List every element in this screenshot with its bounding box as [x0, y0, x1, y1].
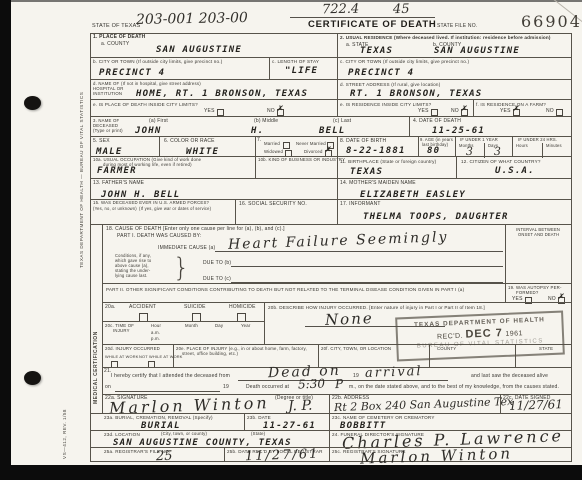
- check-mark-icon: ✗: [460, 104, 468, 114]
- field-age: 9. AGE (in years last birthday) 80: [418, 136, 456, 157]
- interval-label-2: ONSET AND DEATH: [518, 233, 559, 238]
- field-residence-on-farm: f. IS RESIDENCE ON A FARM? YES ✗ NO: [473, 99, 572, 117]
- no-label: NO: [451, 109, 459, 115]
- institution-label-3: INSTITUTION: [93, 92, 122, 97]
- month-label: Month: [185, 324, 198, 329]
- conditions-brace: }: [173, 253, 190, 283]
- scan-edge-bottom: [0, 465, 582, 480]
- certify-19-b: 19: [223, 385, 229, 391]
- armed-forces-note-2: (If yes, give war or dates of service): [139, 207, 211, 212]
- describe-injury-label: 20b. DESCRIBE HOW INJURY OCCURRED. [Ente…: [268, 305, 485, 310]
- never-married-label: Never Married: [296, 142, 326, 147]
- field-kind-of-business: 10b. KIND OF BUSINESS OR INDUSTRY: [255, 156, 338, 179]
- stamp-year: 1961: [505, 330, 523, 338]
- business-label: 10b. KIND OF BUSINESS OR INDUSTRY: [258, 158, 345, 163]
- check-mark-icon: ✗: [557, 292, 565, 302]
- stamp-date: DEC 7: [465, 327, 503, 341]
- middle-name-label: (b) Middle: [254, 119, 278, 125]
- field-burial-type: 23a. BURIAL, CREMATION, REMOVAL (Specify…: [90, 413, 245, 431]
- field-accident-suicide-homicide: 20a. ACCIDENT SUICIDE HOMICIDE: [102, 302, 265, 322]
- yes-label: YES: [500, 109, 511, 115]
- field-part2-conditions: PART II. OTHER SIGNIFICANT CONDITIONS CO…: [102, 283, 506, 303]
- state-file-no-label: STATE FILE NO.: [437, 24, 477, 30]
- no-label: NO: [546, 109, 554, 115]
- header-underline: [290, 16, 435, 18]
- field-color-or-race: 6. COLOR OR RACE WHITE: [159, 136, 256, 157]
- date-of-death-value: 11-25-61: [432, 126, 485, 136]
- registrar-file-value: 25: [156, 449, 173, 465]
- field-registrar-file-no: 25a. REGISTRAR'S FILE NO. 25: [90, 447, 225, 462]
- hole-punch-bottom: [24, 371, 41, 385]
- place-of-injury-label-2: street, office building, etc.): [182, 352, 238, 357]
- residence-city-label: c. CITY OR TOWN (If outside city limits,…: [340, 59, 469, 64]
- yes-label: YES: [204, 109, 215, 115]
- widowed-label: Widowed: [264, 150, 283, 155]
- field-registrar-signature: 25c. REGISTRAR'S SIGNATURE Marlon Winton: [329, 447, 572, 462]
- check-mark-icon: ✗: [512, 104, 520, 114]
- margin-department-label: TEXAS DEPARTMENT OF HEALTH — BUREAU OF V…: [79, 92, 84, 268]
- field-if-under-1-year: IF UNDER 1 YEAR Months Days 3 3: [455, 136, 513, 157]
- field-injury-occurred: 20d. INJURY OCCURRED WHILE AT WORK NOT W…: [102, 344, 174, 368]
- date-of-birth-value: 8-22-1881: [346, 146, 406, 156]
- armed-forces-note-1: (Yes, no, or unknown): [93, 207, 137, 212]
- field-date-of-death: 4. DATE OF DEATH 11-25-61: [409, 116, 572, 137]
- certify-blank-2: [115, 390, 220, 392]
- received-stamp: TEXAS DEPARTMENT OF HEALTH REC'D. DEC 7 …: [395, 311, 565, 362]
- street-address-value: RT. 1 BRONSON, TEXAS: [350, 89, 482, 99]
- location-label: 23d. LOCATION: [104, 432, 140, 437]
- under-24-hrs-label: IF UNDER 24 HRS.: [518, 138, 557, 143]
- field-place-of-death: 1. PLACE OF DEATH a. COUNTY SAN AUGUSTIN…: [90, 33, 338, 58]
- pm-label: p.m.: [151, 337, 160, 342]
- hole-punch-top: [24, 96, 41, 110]
- first-name-label: (a) First: [149, 119, 168, 125]
- occupation-value: FARMER: [97, 166, 137, 176]
- field-citizen-of-country: 12. CITIZEN OF WHAT COUNTRY? U.S.A.: [456, 156, 572, 179]
- yes-checkbox: [431, 109, 438, 116]
- immediate-cause-label: IMMEDIATE CAUSE (a): [158, 246, 215, 252]
- field-informant: 17. INFORMANT THELMA TOOPS, DAUGHTER: [337, 199, 572, 225]
- degree-or-title-value: J. P.: [288, 398, 313, 415]
- marital-number: 7.: [257, 138, 262, 144]
- field-autopsy: 19. WAS AUTOPSY PER- FORMED? YES NO ✗: [505, 283, 572, 303]
- middle-name-value: H.: [251, 126, 264, 136]
- field-armed-forces: 15. WAS DECEASED EVER IN U.S. ARMED FORC…: [90, 199, 236, 225]
- cemetery-label: 23c. NAME OF CEMETERY OR CREMATORY: [332, 415, 435, 420]
- minutes-label: Minutes: [546, 144, 562, 149]
- field-interval-onset-death: INTERVAL BETWEEN ONSET AND DEATH: [505, 224, 572, 284]
- no-checkbox: [556, 109, 563, 116]
- death-city-limits-label: e. IS PLACE OF DEATH INSIDE CITY LIMITS?: [93, 102, 198, 107]
- field-certification-statement: 21. I hereby certify that I attended the…: [102, 367, 572, 395]
- citizen-value: U.S.A.: [495, 166, 535, 176]
- married-checkbox: [283, 142, 290, 149]
- injury-city-label: 20f. CITY, TOWN, OR LOCATION: [321, 347, 391, 352]
- field-time-of-injury: 20c. TIME OF INJURY Hour a.m. p.m. Month…: [102, 321, 265, 345]
- scan-edge-left: [0, 0, 11, 480]
- suicide-label: SUICIDE: [184, 305, 206, 311]
- hour-label: Hour: [151, 324, 161, 329]
- residence-county-value: SAN AUGUSTINE: [434, 46, 520, 56]
- burial-type-label: 23a. BURIAL, CREMATION, REMOVAL (Specify…: [104, 415, 213, 420]
- injury-occurred-label: 20d. INJURY OCCURRED: [105, 347, 160, 352]
- year-label: Year: [241, 324, 250, 329]
- field-mothers-maiden-name: 14. MOTHER'S MAIDEN NAME ELIZABETH EASLE…: [337, 178, 572, 200]
- scan-edge-top: [0, 0, 582, 2]
- under-1-year-label: IF UNDER 1 YEAR: [460, 138, 498, 143]
- yes-checkbox: [217, 109, 224, 116]
- handwritten-class-code2: 45: [393, 2, 410, 17]
- field-marital-status: 7. Married Never Married Widowed Divorce…: [255, 136, 338, 157]
- check-mark-icon: ✗: [276, 104, 284, 114]
- field-death-inside-city-limits: e. IS PLACE OF DEATH INSIDE CITY LIMITS?…: [90, 99, 338, 117]
- date-signed-value: 11/27/61: [509, 397, 563, 413]
- mothers-maiden-name-label: 14. MOTHER'S MAIDEN NAME: [340, 181, 416, 187]
- death-certificate-scan: TEXAS DEPARTMENT OF HEALTH — BUREAU OF V…: [0, 0, 582, 480]
- ssn-label: 16. SOCIAL SECURITY NO.: [239, 202, 307, 208]
- part2-label: PART II. OTHER SIGNIFICANT CONDITIONS CO…: [106, 287, 464, 292]
- age-value: 80: [427, 146, 440, 156]
- field-date-received-registrar: 25b. DATE REC'D BY LOCAL REGISTRAR 11/27…: [224, 447, 330, 462]
- due-to-c-label: DUE TO (c): [203, 277, 231, 283]
- last-name-value: BELL: [319, 126, 345, 136]
- county-value: SAN AUGUSTINE: [156, 45, 242, 55]
- time-of-injury-label-2: INJURY: [113, 329, 130, 334]
- certify-text-5: m., on the date stated above, and to the…: [349, 385, 559, 391]
- name-note: (Type or print): [93, 129, 123, 134]
- margin-form-number: VS—412, REV. 1/58: [62, 409, 67, 459]
- residence-farm-label: f. IS RESIDENCE ON A FARM?: [476, 102, 546, 107]
- date-of-death-label: 4. DATE OF DEATH: [413, 119, 461, 125]
- certify-text-2: and last saw the deceased alive: [471, 374, 548, 380]
- day-label: Day: [215, 324, 223, 329]
- due-to-b-line: [231, 265, 503, 267]
- certify-handwritten-2: arrival: [365, 364, 423, 381]
- check-mark-icon: ✗: [324, 145, 332, 155]
- fathers-name-label: 13. FATHER'S NAME: [93, 181, 144, 187]
- length-of-stay-value: "LIFE: [285, 66, 318, 76]
- field-residence-inside-city-limits: e. IS RESIDENCE INSIDE CITY LIMITS? YES …: [337, 99, 474, 117]
- residence-city-value: PRECINCT 4: [348, 68, 414, 78]
- place-of-death-heading: 1. PLACE OF DEATH: [93, 35, 145, 41]
- certificate-title: CERTIFICATE OF DEATH: [308, 19, 437, 30]
- death-occurred-label: Death occurred at: [246, 385, 289, 391]
- certify-19-a: 19: [353, 374, 359, 380]
- citizen-label: 12. CITIZEN OF WHAT COUNTRY?: [461, 159, 541, 164]
- city-town-label: b. CITY OR TOWN (If outside city limits,…: [93, 59, 222, 64]
- first-name-value: JOHN: [135, 126, 161, 136]
- field-length-of-stay: c. LENGTH OF STAY "LIFE: [269, 57, 338, 80]
- field-burial-location: 23d. LOCATION (City, town, or county) (S…: [90, 430, 330, 448]
- field-institution: d. NAME OF HOSPITAL OR INSTITUTION (If n…: [90, 79, 338, 100]
- burial-date-label: 23b. DATE: [247, 415, 271, 420]
- yes-label: YES: [418, 109, 429, 115]
- location-note-2: (State): [251, 432, 265, 437]
- while-at-work-label: WHILE AT WORK: [105, 355, 139, 359]
- no-label: NO: [267, 109, 275, 115]
- birthplace-value: TEXAS: [350, 167, 383, 177]
- informant-value: THELMA TOOPS, DAUGHTER: [363, 212, 509, 222]
- field-physician-signature: 22a. SIGNATURE Marlon Winton (Degree or …: [102, 394, 330, 414]
- race-label: 6. COLOR OR RACE: [164, 139, 215, 145]
- handwritten-class-code: 722.4: [322, 2, 359, 18]
- field-funeral-director-signature: 24. FUNERAL DIRECTOR'S SIGNATURE Charles…: [329, 430, 572, 448]
- death-time-value: 5:30: [298, 377, 325, 392]
- field-city-or-town-death: b. CITY OR TOWN (If outside city limits,…: [90, 57, 270, 80]
- field-date-of-birth: 8. DATE OF BIRTH 8-22-1881: [337, 136, 419, 157]
- married-label: Married: [264, 142, 280, 147]
- accident-label: ACCIDENT: [129, 305, 156, 311]
- field-fathers-name: 13. FATHER'S NAME JOHN H. BELL: [90, 178, 338, 200]
- certify-text-3: on: [105, 385, 111, 391]
- residence-city-limits-label: e. IS RESIDENCE INSIDE CITY LIMITS?: [340, 102, 431, 107]
- last-name-label: (c) Last: [333, 119, 351, 125]
- institution-value: HOME, RT. 1 BRONSON, TEXAS: [136, 89, 308, 99]
- field-date-signed: 22c. DATE SIGNED 11/27/61: [500, 394, 572, 414]
- field-social-security-no: 16. SOCIAL SECURITY NO.: [235, 199, 338, 225]
- part1-label: PART I. DEATH WAS CAUSED BY:: [117, 234, 202, 240]
- field-cause-of-death: 18. CAUSE OF DEATH [Enter only one cause…: [102, 224, 506, 284]
- location-note-1: (City, town, or county): [161, 432, 207, 437]
- hours-label: Hours: [516, 144, 528, 149]
- field-sex: 5. SEX MALE: [90, 136, 160, 157]
- field-20a-number: 20a.: [105, 305, 116, 311]
- usual-residence-heading: 2. USUAL RESIDENCE (Where deceased lived…: [340, 35, 551, 40]
- sex-label: 5. SEX: [93, 139, 110, 145]
- field-birthplace: 11. BIRTHPLACE (State or foreign country…: [337, 156, 457, 179]
- due-to-b-label: DUE TO (b): [203, 261, 231, 267]
- field-physician-address: 22b. ADDRESS Rt 2 Box 240 San Augustine …: [329, 394, 501, 414]
- stamp-recd-label: REC'D.: [437, 333, 463, 341]
- county-label: a. COUNTY: [101, 42, 129, 48]
- institution-note: (If not in hospital, give street address…: [121, 82, 201, 87]
- divorced-label: Divorced: [304, 150, 323, 155]
- death-ampm-value: P: [335, 377, 344, 391]
- state-of-texas-label: STATE OF TEXAS: [92, 23, 140, 29]
- birthplace-label: 11. BIRTHPLACE (State or foreign country…: [340, 159, 436, 164]
- street-address-label: d. STREET ADDRESS (If rural, give locati…: [340, 82, 440, 87]
- homicide-label: HOMICIDE: [229, 305, 256, 311]
- city-town-value: PRECINCT 4: [99, 68, 165, 78]
- date-received-value: 11/27/61: [245, 447, 320, 465]
- field-street-address: d. STREET ADDRESS (If rural, give locati…: [337, 79, 572, 100]
- field-usual-occupation: 10a. USUAL OCCUPATION (Give kind of work…: [90, 156, 256, 179]
- date-of-birth-label: 8. DATE OF BIRTH: [340, 139, 386, 145]
- informant-label: 17. INFORMANT: [340, 202, 381, 208]
- field-city-or-town-residence: c. CITY OR TOWN (If outside city limits,…: [337, 57, 572, 80]
- conditions-note-5: lying cause last.: [115, 274, 148, 279]
- field-if-under-24-hrs: IF UNDER 24 HRS. Hours Minutes: [512, 136, 572, 157]
- field-name-of-deceased: 3. NAME OF DECEASED (Type or print) (a) …: [90, 116, 410, 137]
- field-burial-date: 23b. DATE 11-27-61: [244, 413, 330, 431]
- certify-text-1: I hereby certify that I attended the dec…: [111, 374, 230, 380]
- cause-of-death-heading: 18. CAUSE OF DEATH [Enter only one cause…: [106, 227, 285, 233]
- length-of-stay-label: c. LENGTH OF STAY: [272, 59, 319, 64]
- state-file-number: 66904: [521, 12, 582, 31]
- residence-state-value: TEXAS: [360, 46, 393, 56]
- field-usual-residence: 2. USUAL RESIDENCE (Where deceased lived…: [337, 33, 572, 58]
- handwritten-registration-codes: 203-001 203-00: [136, 10, 248, 28]
